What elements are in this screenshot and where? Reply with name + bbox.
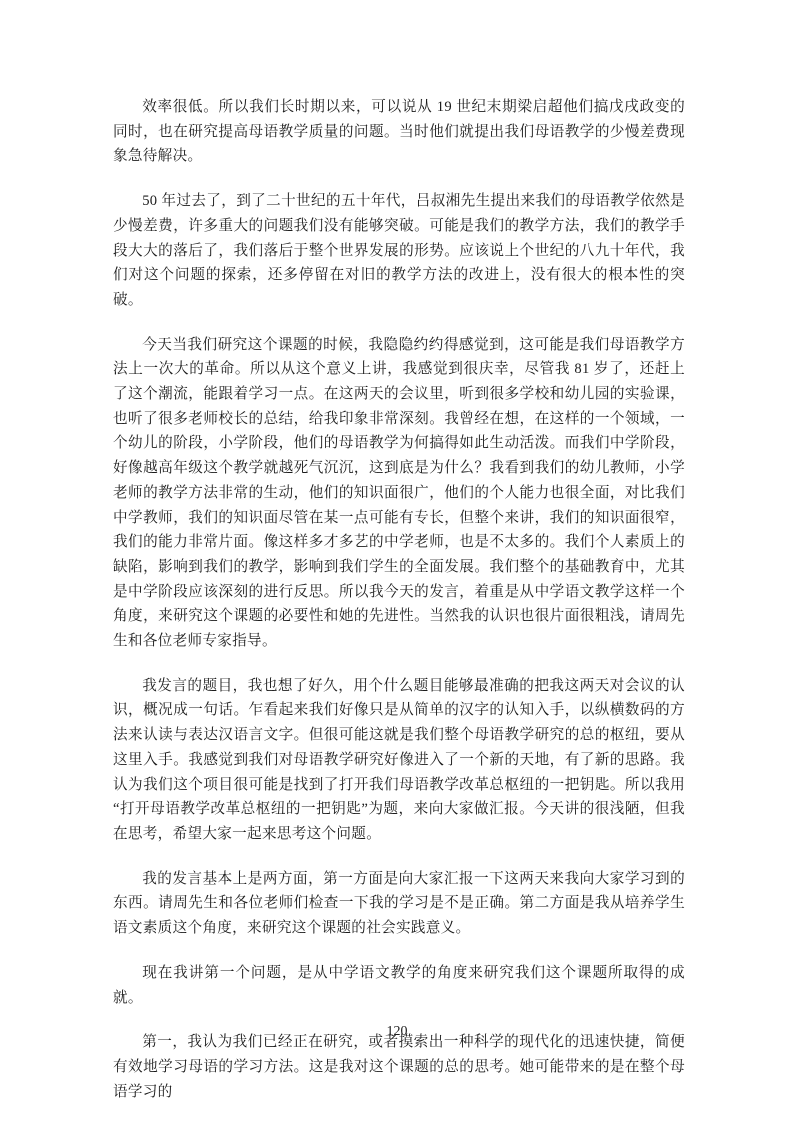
page-footer: 120	[0, 1022, 794, 1040]
document-body: 效率很低。所以我们长时期以来，可以说从 19 世纪末期梁启超他们搞戊戌政变的同时…	[113, 95, 685, 1123]
paragraph-4: 我发言的题目，我也想了好久，用个什么题目能够最准确的把我这两天对会议的认识，概况…	[113, 674, 685, 847]
paragraph-1: 效率很低。所以我们长时期以来，可以说从 19 世纪末期梁启超他们搞戊戌政变的同时…	[113, 95, 685, 169]
paragraph-5: 我的发言基本上是两方面，第一方面是向大家汇报一下这两天来我向大家学习到的东西。请…	[113, 867, 685, 941]
paragraph-7: 第一，我认为我们已经正在研究，或者摸索出一种科学的现代化的迅速快捷，简便有效地学…	[113, 1030, 685, 1104]
page-number: 120	[387, 1024, 408, 1039]
paragraph-6: 现在我讲第一个问题，是从中学语文教学的角度来研究我们这个课题所取得的成就。	[113, 961, 685, 1010]
paragraph-3: 今天当我们研究这个课题的时候，我隐隐约约得感觉到，这可能是我们母语教学方法上一次…	[113, 333, 685, 654]
document-page: 效率很低。所以我们长时期以来，可以说从 19 世纪末期梁启超他们搞戊戌政变的同时…	[0, 0, 794, 1123]
paragraph-2: 50 年过去了，到了二十世纪的五十年代，吕叔湘先生提出来我们的母语教学依然是少慢…	[113, 189, 685, 313]
